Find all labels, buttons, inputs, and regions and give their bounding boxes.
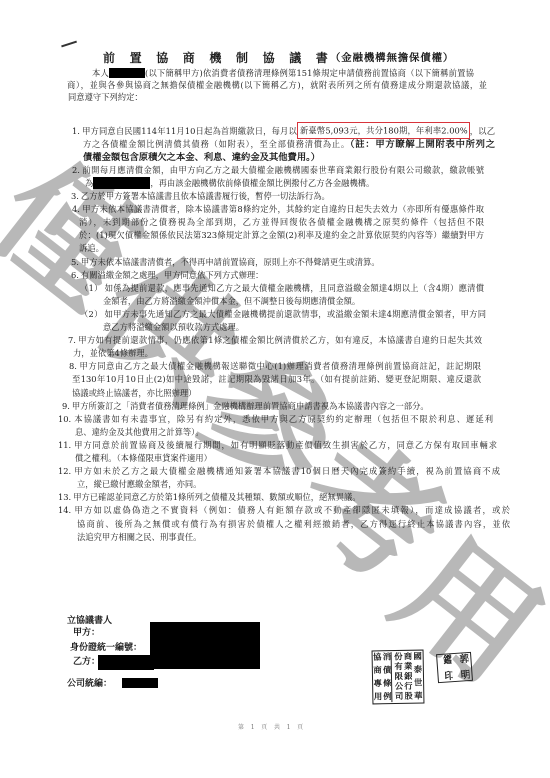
corner-pen-mark <box>61 41 77 47</box>
seal-column: 郭明 <box>456 653 470 680</box>
text-line: 法追究甲方相關之民、刑事責任。 <box>77 531 201 544</box>
document-title-suffix: （金融機構無擔保債權） <box>330 52 454 65</box>
text-run: ，以乙 <box>470 126 495 136</box>
text-run: ，再由該金融機構依前條債權金額比例撥付乙方各金融機構。 <box>150 178 374 188</box>
text-run: 商），並與各參與協商之無擔保債權金融機構(以下簡稱乙方)，就附表所列之所有債務達… <box>67 80 487 90</box>
text-line: 意乙方將溢繳金額以預收款方式處理。 <box>103 321 244 334</box>
signatories-heading: 立協議書人 <box>67 616 112 627</box>
text-line: 10.本協議書如有未盡事宜，除另有約定外，悉依甲方與乙方原契約約定辦理（包括但不… <box>58 413 493 426</box>
text-run: 於：(1)現欠債權金額係依民法第323條規定計算之金額(2)利率及違約金之計算依… <box>79 230 484 240</box>
bank-seal-purpose-section: 消債條例 協商專用 <box>372 652 392 702</box>
text-line: 4.甲方未依本協議書清償者，除本協議書第8條約定外，其餘約定自違約日起失去效力（… <box>72 203 484 216</box>
text-line: （1）如係為提前還款，應事先通知乙方之最大債權金融機構，且同意溢繳金額達4期以上… <box>80 282 484 295</box>
text-run: 法追究甲方相關之民、刑事責任。 <box>77 532 201 542</box>
clause-number: 2. <box>72 165 80 175</box>
scanned-agreement-page: 僅 供 參 考 用 前置協商機制協議書 （金融機構無擔保債權） 本人(以下簡稱甲… <box>0 0 550 778</box>
bank-seal-name-section: 國泰世華 商業銀行股 份有限公司 <box>391 652 423 703</box>
clause-number: 12. <box>58 466 71 476</box>
clause-number: 14. <box>58 505 71 515</box>
text-run: 本協議書如有未盡事宜，除另有約定外，悉依甲方與乙方原契約約定辦理（包括但不限於利… <box>73 414 493 424</box>
clause-number: 13. <box>58 492 71 502</box>
text-line: 協議或終止協議者，亦比照辦理） <box>72 387 196 400</box>
bold-note: 債權金額包含原積欠之本金、利息、違約金及其他費用。） <box>83 152 320 163</box>
text-run: 前開每月應清償金額，由甲方向乙方之最大債權金融機構國泰世華商業銀行股份有限公司繳… <box>82 165 484 175</box>
text-run: 至130年10月10日止(2)如中途毀諾，註記期限為毀諾日加3年。（如有提前註銷… <box>72 374 481 384</box>
redacted-block <box>109 68 145 78</box>
text-line: 2.前開每月應清償金額，由甲方向乙方之最大債權金融機構國泰世華商業銀行股份有限公… <box>72 164 484 177</box>
text-run: 甲方未依本協議書清償者，除本協議書第8條約定外，其餘約定自違約日起失去效力（亦即… <box>82 204 484 214</box>
clause-number: 11. <box>58 440 71 450</box>
id-number-label: 身份證統一編號： <box>70 643 142 654</box>
clause-number: 6. <box>71 270 79 280</box>
clause-number: 8. <box>69 361 77 371</box>
text-run: 消），未到期部份之債務視為全部到期，乙方並得回復依各債權金融機構之原契約條件（包… <box>79 217 484 227</box>
text-run: 有關溢繳金額之處理，甲方同意依下列方式辦理： <box>81 270 264 280</box>
text-run: 息、違約金及其他費用之計算等）。 <box>75 427 204 437</box>
text-run: 立，縱已繳付應繳金額者，亦同。 <box>77 479 201 489</box>
page-footer: 第 1 頁 共 1 頁 <box>238 722 306 731</box>
clause-number: 9. <box>62 401 70 411</box>
text-line: 8.甲方同意由乙方之最大債權金融機構報送聯徵中心(1)辦理消費者債務清理條例前置… <box>69 360 481 373</box>
text-line: 14.甲方如以虛偽偽造之不實資料（例如：債務人有鉅額存款或不動產卻隱匿未填報），… <box>58 504 510 517</box>
company-id-label: 公司統編： <box>67 679 112 690</box>
text-line: 9.甲方所簽訂之「消費者債務清理條例」金融機構辦理前置協商申請書視為本協議書內容… <box>62 400 429 413</box>
clause-number: （1） <box>80 283 103 293</box>
text-line: 為，再由該金融機構依前條債權金額比例撥付乙方各金融機構。 <box>85 177 374 190</box>
highlighted-payment-terms: 新臺幣5,093元，共分180期，年利率2.00% <box>297 122 470 139</box>
text-line: 13.甲方已確認並同意乙方於第1條所列之債權及其種類、數額或順位，絕無異議。 <box>58 491 361 504</box>
text-run: 乙方於甲方簽署本協議書且依本協議書履行後，暫停一切法訴行為。 <box>81 191 330 201</box>
text-line: 於：(1)現欠債權金額係依民法第323條規定計算之金額(2)利率及違約金之計算依… <box>79 229 484 242</box>
redacted-party-b <box>98 655 154 670</box>
clause-number: 1. <box>72 126 80 136</box>
bold-note: （註：甲方瞭解上開附表中所列之 <box>350 139 495 150</box>
redacted-company-id <box>122 678 158 688</box>
text-run: 協商前、後所為之無償或有償行為有損害於債權人之權利經撤銷者，乙方得逕行終止本協議… <box>77 519 510 529</box>
party-a-label: 甲方： <box>73 628 100 639</box>
text-run: 甲方如有提前還款情事，仍應依第1條之債權金額比例清償於乙方，如有違反，本協議書自… <box>78 335 482 345</box>
text-run: 同意遵守下列約定： <box>68 92 143 102</box>
text-line: 7.甲方如有提前還款情事，仍應依第1條之債權金額比例清償於乙方，如有違反，本協議… <box>68 334 482 347</box>
text-run: 訴追。 <box>79 243 104 253</box>
clause-number: 3. <box>71 191 79 201</box>
text-line: 債權金額包含原積欠之本金、利息、違約金及其他費用。） <box>83 151 320 164</box>
text-line: 同意遵守下列約定： <box>68 91 143 104</box>
text-run: 甲方同意由乙方之最大債權金融機構報送聯徵中心(1)辦理消費者債務清理條例前置協商… <box>79 361 481 371</box>
text-run: 甲方同意於前置協商及後續履行期間，如有明顯貶落動產價值致生損害於乙方，同意乙方保… <box>73 440 497 450</box>
text-line: 金額者，由乙方將溢繳金額沖償本金，但不調整日後每期應清償金額。 <box>103 295 360 308</box>
text-line: 至130年10月10日止(2)如中途毀諾，註記期限為毀諾日加3年。（如有提前註銷… <box>72 373 481 386</box>
text-run: 方之各債權金額比例清償其債務（如附表），至全部債務清償為止。 <box>83 139 350 149</box>
text-run: 為 <box>85 178 93 188</box>
clause-number: 10. <box>58 414 71 424</box>
text-line: 訴追。 <box>79 242 104 255</box>
text-run: 甲方未依本協議書清償者，不得再申請前置協商，原則上亦不得聲請更生或清算。 <box>81 257 380 267</box>
text-run: 協議或終止協議者，亦比照辦理） <box>72 388 196 398</box>
text-run: 甲方同意自民國114年11月10日起為首期繳款日，每月以 <box>82 126 297 136</box>
clause-number: 7. <box>68 335 76 345</box>
text-line: 消），未到期部份之債務視為全部到期，乙方並得回復依各債權金融機構之原契約條件（包… <box>79 216 484 229</box>
redacted-block <box>93 177 150 189</box>
text-run: 甲方已確認並同意乙方於第1條所列之債權及其種類、數額或順位，絕無異議。 <box>73 492 360 502</box>
text-line: 息、違約金及其他費用之計算等）。 <box>75 426 204 439</box>
party-b-label: 乙方： <box>73 657 100 668</box>
seal-column: 鑑印 <box>439 654 453 681</box>
text-line: 立，縱已繳付應繳金額者，亦同。 <box>77 478 201 491</box>
text-line: 1.甲方同意自民國114年11月10日起為首期繳款日，每月以新臺幣5,093元，… <box>72 125 495 138</box>
redacted-party-a-and-id <box>150 622 260 669</box>
text-run: 如係為提前還款，應事先通知乙方之最大債權金融機構，且同意溢繳金額達4期以上（含4… <box>105 283 484 293</box>
text-line: 3.乙方於甲方簽署本協議書且依本協議書履行後，暫停一切法訴行為。 <box>71 190 330 203</box>
clause-number: 5. <box>71 257 79 267</box>
text-line: 償之權利。（本條僅限車貸案件適用） <box>75 452 212 465</box>
text-line: 力，並依第4條辦理。 <box>73 347 153 360</box>
bank-seal: 國泰世華 商業銀行股 份有限公司 消債條例 協商專用 <box>372 650 425 705</box>
text-run: 甲方如未於乙方之最大債權金融機構通知簽署本協議書10個日曆天內完成簽約手續，視為… <box>73 466 500 476</box>
document-content: 前置協商機制協議書 （金融機構無擔保債權） 本人(以下簡稱甲方)依消費者債務清理… <box>0 0 550 778</box>
text-line: 方之各債權金額比例清償其債務（如附表），至全部債務清償為止。（註：甲方瞭解上開附… <box>83 138 495 151</box>
clause-number: 4. <box>72 204 80 214</box>
text-run: 甲方所簽訂之「消費者債務清理條例」金融機構辦理前置協商申請書視為本協議書內容之一… <box>72 401 429 411</box>
clause-number: （2） <box>80 309 103 319</box>
seal-column: 國泰世華 <box>412 652 422 700</box>
text-run: 本人 <box>92 68 109 78</box>
text-line: 12.甲方如未於乙方之最大債權金融機構通知簽署本協議書10個日曆天內完成簽約手續… <box>58 465 500 478</box>
document-title: 前置協商機制協議書 <box>103 51 342 65</box>
text-line: 5.甲方未依本協議書清償者，不得再申請前置協商，原則上亦不得聲請更生或清算。 <box>71 256 380 269</box>
representative-seal: 郭明 鑑印 <box>436 652 473 683</box>
text-line: 6.有關溢繳金額之處理，甲方同意依下列方式辦理： <box>71 269 263 282</box>
text-run: 意乙方將溢繳金額以預收款方式處理。 <box>103 322 244 332</box>
text-run: (以下簡稱甲方)依消費者債務清理條例第151條規定申請債務前置協商（以下簡稱前置… <box>145 68 474 78</box>
text-run: 甲方如以虛偽偽造之不實資料（例如：債務人有鉅額存款或不動產卻隱匿未填報），而達成… <box>73 505 510 515</box>
text-run: 力，並依第4條辦理。 <box>73 348 153 358</box>
text-run: 金額者，由乙方將溢繳金額沖償本金，但不調整日後每期應清償金額。 <box>103 296 360 306</box>
text-run: 如甲方未事先通知乙方之最大債權金融機構提前還款情事，或溢繳金額未達4期應清償金額… <box>105 309 486 319</box>
text-run: 償之權利。（本條僅限車貸案件適用） <box>75 453 212 463</box>
text-line: （2）如甲方未事先通知乙方之最大債權金融機構提前還款情事，或溢繳金額未達4期應清… <box>80 308 486 321</box>
text-line: 協商前、後所為之無償或有償行為有損害於債權人之權利經撤銷者，乙方得逕行終止本協議… <box>77 518 510 531</box>
text-line: 11.甲方同意於前置協商及後續履行期間，如有明顯貶落動產價值致生損害於乙方，同意… <box>58 439 497 452</box>
